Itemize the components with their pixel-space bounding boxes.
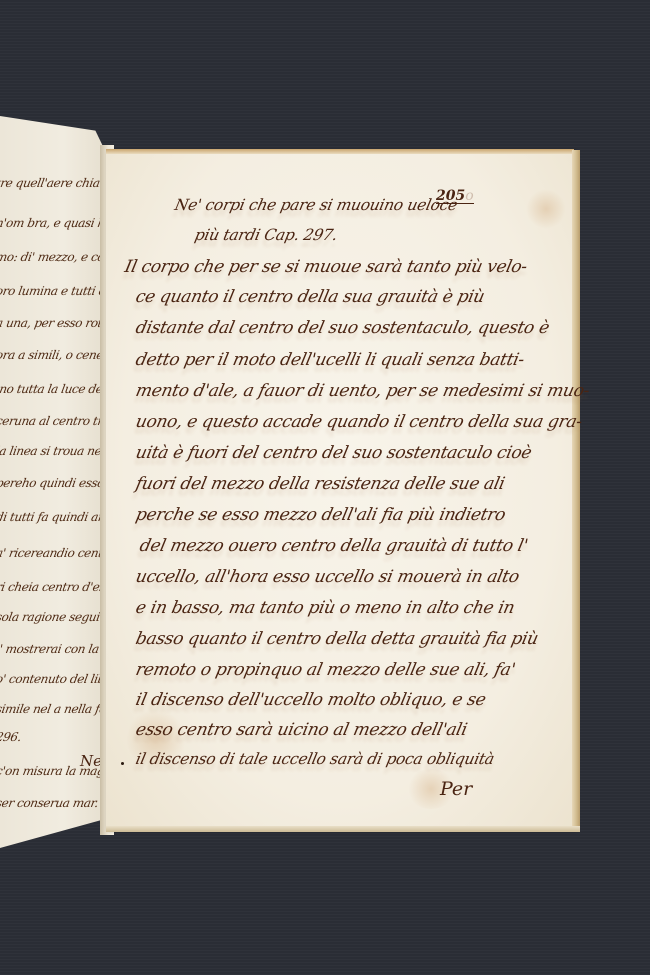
left-line: o' contenuto del libro [0,672,106,686]
text-line: uono, e questo accade quando il centro d… [134,412,584,432]
text-line: basso quanto il centro della detta graui… [134,629,540,649]
left-catchword: Ne [80,752,102,770]
page-edge-right [572,150,580,832]
text-line: distante dal centro del suo sostentaculo… [134,318,551,338]
left-line: oro lumina e tutti con esso la [0,284,106,298]
left-line: i' mostrerai con la figura [0,642,106,656]
left-line: la linea si troua nella sua [0,444,106,458]
ink-dot [121,762,124,765]
left-line: di tutti fa quindi ancho [0,510,106,524]
text-line: del mezzo ouero centro della grauità di … [138,536,530,556]
text-line: ce quanto il centro della sua grauità è … [134,287,486,307]
text-line: fuori del mezzo della resistenza delle s… [134,474,507,494]
text-line: uccello, all'hora esso uccello si mouerà… [134,567,521,587]
left-line: ser conserua mar. [0,796,99,810]
left-line: pereho quindi esso tanto dell' [0,476,106,490]
left-line: n'om bra, e quasi ha canto di'essere [0,216,106,230]
text-line: il discenso dell'uccello molto obliquo, … [134,690,488,710]
text-line: e in basso, ma tanto più o meno in alto … [134,598,517,618]
text-line: Il corpo che per se si muoue sarà tanto … [123,257,529,277]
left-line: a' ricereandio centri esse [0,546,106,560]
text-line: uità è fuori del centro del suo sostenta… [134,443,534,463]
foxing-stain [526,189,566,229]
page-edge-bottom [106,826,580,832]
left-line: ceruna al centro tra quelle [0,414,106,428]
left-line: tre quell'aere chiarezza [0,176,106,190]
text-line: mento d'ale, a fauor di uento, per se me… [134,381,591,401]
text-line: remoto o propinquo al mezzo delle sue al… [134,660,517,680]
chapter-heading-line: Ne' corpi che pare si muouino ueloce [173,196,459,214]
left-line: a una, per esso rotta a libera [0,316,106,330]
text-line: detto per il moto dell'ucelli li quali s… [134,350,526,370]
chapter-heading-line: più tardi Cap. 297. [193,226,339,244]
folio-ghost: o [465,188,473,204]
left-line: mo: di' mezzo, e comparati con la [0,250,106,264]
text-line: il discenso di tale uccello sarà di poca… [134,750,496,768]
left-line: ino tutta la luce dell'ombra [0,382,106,396]
left-line: simile nel a nella forza [0,702,106,716]
right-catchword: Per [440,778,472,800]
left-line: sola ragione seguita a [0,610,106,624]
left-page: tre quell'aere chiarezza n'om bra, e qua… [0,116,106,848]
left-line: ora a simili, o ceneri [0,348,106,362]
text-line: esso centro sarà uicino al mezzo dell'al… [134,720,469,740]
text-line: perche se esso mezzo dell'ali fia più in… [134,505,507,525]
left-line: ri cheia centro d'ello riceuo punto [0,580,106,594]
left-line: 296. [0,730,22,744]
